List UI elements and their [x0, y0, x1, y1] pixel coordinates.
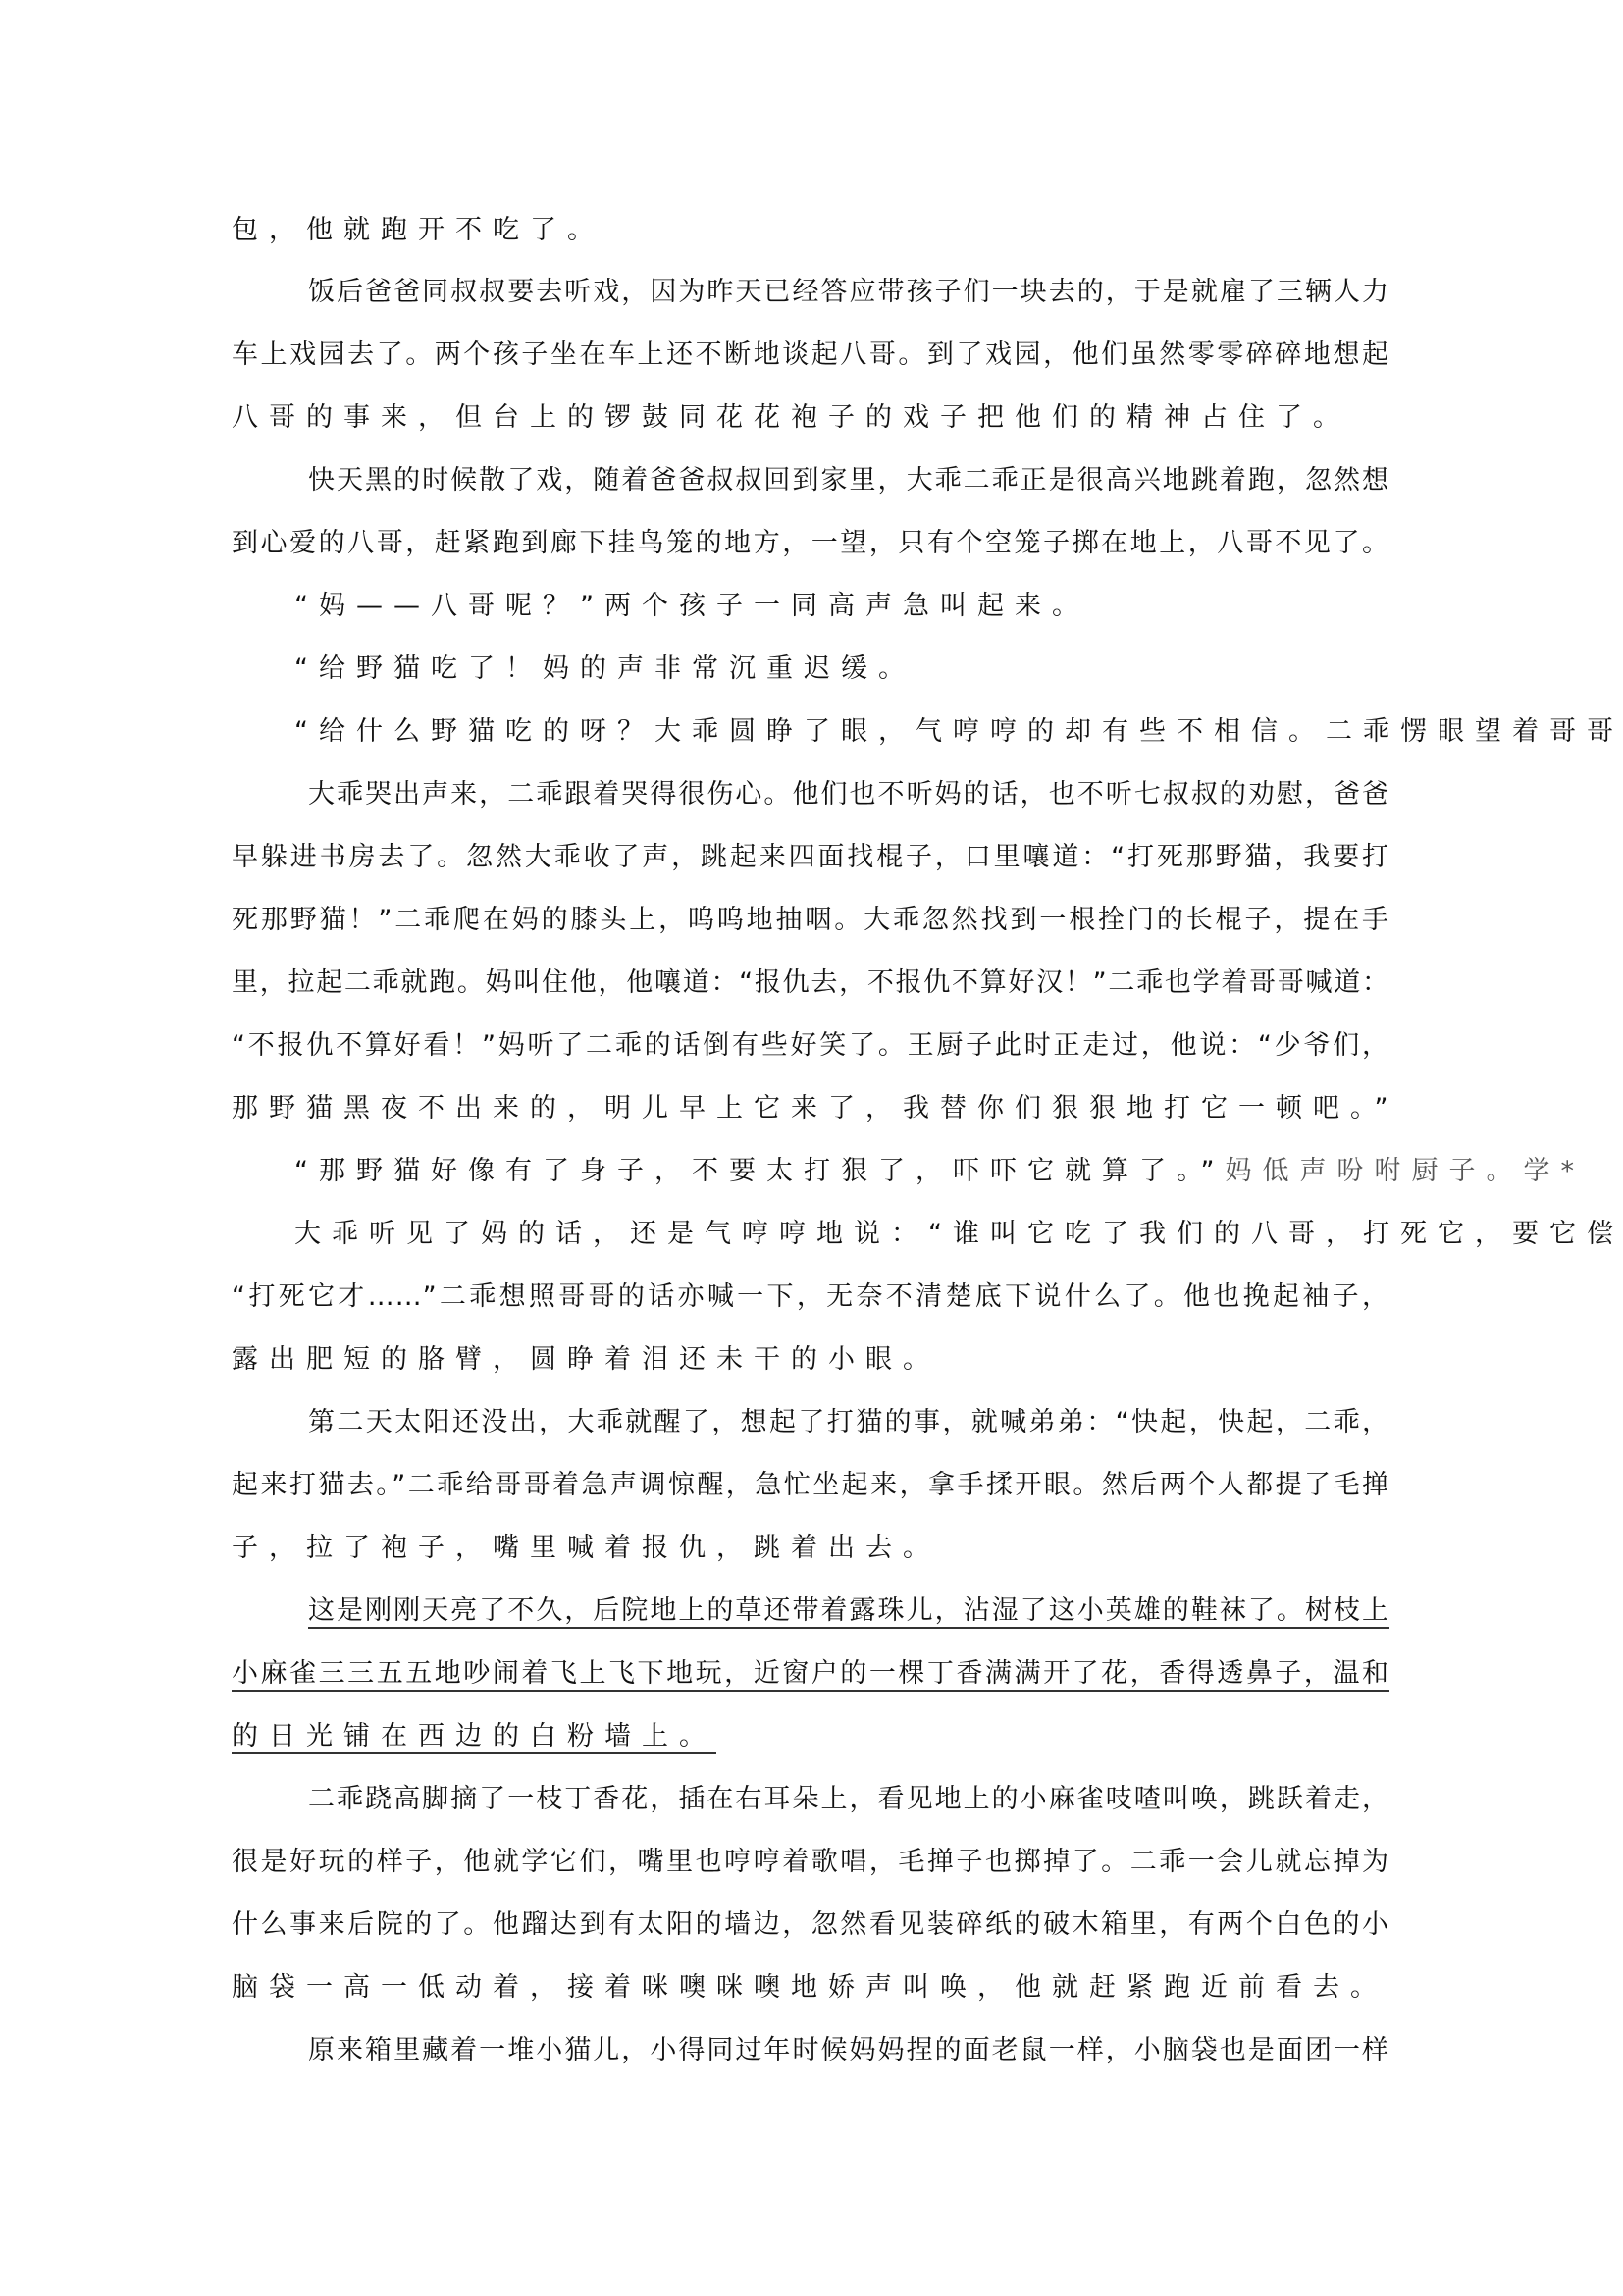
- underlined-text: 的日光铺在西边的白粉墙上。: [232, 1721, 716, 1751]
- text-line: “那野猫好像有了身子，不要太打狠了，吓吓它就算了。”妈低声吩咐厨子。学*: [294, 1152, 1389, 1191]
- line-text: 什么事来后院的了。他蹓达到有太阳的墙边，忽然看见装碎纸的破木箱里，有两个白色的小: [232, 1909, 1389, 1940]
- underlined-text: 小麻雀三三五五地吵闹着飞上飞下地玩，近窗户的一棵丁香满满开了花，香得透鼻子，温和: [232, 1658, 1389, 1689]
- text-line: 到心爱的八哥，赶紧跑到廊下挂鸟笼的地方，一望，只有个空笼子掷在地上，八哥不见了。: [232, 524, 1389, 563]
- text-line: 的日光铺在西边的白粉墙上。: [232, 1717, 1389, 1756]
- text-line: 快天黑的时候散了戏，随着爸爸叔叔回到家里，大乖二乖正是很高兴地跳着跑，忽然想: [308, 461, 1389, 500]
- text-line: 什么事来后院的了。他蹓达到有太阳的墙边，忽然看见装碎纸的破木箱里，有两个白色的小: [232, 1905, 1389, 1945]
- line-text: “妈——八哥呢？”两个孩子一同高声急叫起来。: [294, 591, 1089, 621]
- line-text: 二乖跷高脚摘了一枝丁香花，插在右耳朵上，看见地上的小麻雀吱喳叫唤，跳跃着走，: [308, 1784, 1389, 1814]
- line-text: 子，拉了袍子，嘴里喊着报仇，跳着出去。: [232, 1533, 940, 1563]
- text-line: 大乖听见了妈的话，还是气哼哼地说：“谁叫它吃了我们的八哥，打死它，要它偿命。”: [294, 1215, 1389, 1254]
- line-text: 八哥的事来，但台上的锣鼓同花花袍子的戏子把他们的精神占住了。: [232, 402, 1350, 433]
- text-line: “打死它才……”二乖想照哥哥的话亦喊一下，无奈不清楚底下说什么了。他也挽起袖子，: [232, 1278, 1389, 1317]
- text-line: 八哥的事来，但台上的锣鼓同花花袍子的戏子把他们的精神占住了。: [232, 398, 1389, 438]
- text-line: 包，他就跑开不吃了。: [232, 211, 1389, 250]
- text-line: 小麻雀三三五五地吵闹着飞上飞下地玩，近窗户的一棵丁香满满开了花，香得透鼻子，温和: [232, 1654, 1389, 1694]
- line-text: 露出肥短的胳臂，圆睁着泪还未干的小眼。: [232, 1344, 940, 1375]
- text-line: 饭后爸爸同叔叔要去听戏，因为昨天已经答应带孩子们一块去的，于是就雇了三辆人力: [308, 273, 1389, 312]
- text-line: 那野猫黑夜不出来的，明儿早上它来了，我替你们狠狠地打它一顿吧。”: [232, 1089, 1389, 1128]
- line-text: “给野猫吃了！妈的声非常沉重迟缓。: [294, 653, 916, 684]
- annotation-text: 妈低声吩咐厨子。学*: [1225, 1156, 1585, 1186]
- line-text: 大乖听见了妈的话，还是气哼哼地说：“谁叫它吃了我们的八哥，打死它，要它偿命。”: [294, 1219, 1623, 1249]
- line-text: 起来打猫去。”二乖给哥哥着急声调惊醒，急忙坐起来，拿手揉开眼。然后两个人都提了毛…: [232, 1470, 1389, 1500]
- document-page: 包，他就跑开不吃了。饭后爸爸同叔叔要去听戏，因为昨天已经答应带孩子们一块去的，于…: [0, 0, 1623, 2296]
- text-line: 早躲进书房去了。忽然大乖收了声，跳起来四面找棍子，口里嚷道：“打死那野猫，我要打: [232, 838, 1389, 877]
- text-line: 死那野猫！”二乖爬在妈的膝头上，呜呜地抽咽。大乖忽然找到一根拴门的长棍子，提在手: [232, 901, 1389, 940]
- line-text: 到心爱的八哥，赶紧跑到廊下挂鸟笼的地方，一望，只有个空笼子掷在地上，八哥不见了。: [232, 528, 1389, 558]
- line-text: 那野猫黑夜不出来的，明儿早上它来了，我替你们狠狠地打它一顿吧。”: [232, 1093, 1399, 1123]
- line-text: 原来箱里藏着一堆小猫儿，小得同过年时候妈妈捏的面老鼠一样，小脑袋也是面团一样: [308, 2035, 1389, 2065]
- text-line: 里，拉起二乖就跑。妈叫住他，他嚷道：“报仇去，不报仇不算好汉！”二乖也学着哥哥喊…: [232, 964, 1389, 1003]
- line-text: “不报仇不算好看！”妈听了二乖的话倒有些好笑了。王厨子此时正走过，他说：“少爷们…: [232, 1030, 1389, 1061]
- text-line: 原来箱里藏着一堆小猫儿，小得同过年时候妈妈捏的面老鼠一样，小脑袋也是面团一样: [308, 2031, 1389, 2070]
- line-text: 脑袋一高一低动着，接着咪噢咪噢地娇声叫唤，他就赶紧跑近前看去。: [232, 1972, 1387, 2003]
- text-line: “给野猫吃了！妈的声非常沉重迟缓。: [294, 650, 1389, 689]
- text-line: “给什么野猫吃的呀？大乖圆睁了眼，气哼哼的却有些不相信。二乖愣眼望着哥哥。: [294, 712, 1389, 752]
- text-line: 露出肥短的胳臂，圆睁着泪还未干的小眼。: [232, 1340, 1389, 1380]
- line-text: 死那野猫！”二乖爬在妈的膝头上，呜呜地抽咽。大乖忽然找到一根拴门的长棍子，提在手: [232, 905, 1389, 935]
- underlined-text: 这是刚刚天亮了不久，后院地上的草还带着露珠儿，沾湿了这小英雄的鞋袜了。树枝上: [308, 1595, 1389, 1626]
- text-line: 车上戏园去了。两个孩子坐在车上还不断地谈起八哥。到了戏园，他们虽然零零碎碎地想起: [232, 336, 1389, 375]
- line-text: 包，他就跑开不吃了。: [232, 215, 604, 245]
- text-line: 起来打猫去。”二乖给哥哥着急声调惊醒，急忙坐起来，拿手揉开眼。然后两个人都提了毛…: [232, 1466, 1389, 1505]
- line-text: “打死它才……”二乖想照哥哥的话亦喊一下，无奈不清楚底下说什么了。他也挽起袖子，: [232, 1281, 1389, 1312]
- text-line: 很是好玩的样子，他就学它们，嘴里也哼哼着歌唱，毛掸子也掷掉了。二乖一会儿就忘掉为: [232, 1843, 1389, 1882]
- text-line: 脑袋一高一低动着，接着咪噢咪噢地娇声叫唤，他就赶紧跑近前看去。: [232, 1968, 1389, 2008]
- line-text: 里，拉起二乖就跑。妈叫住他，他嚷道：“报仇去，不报仇不算好汉！”二乖也学着哥哥喊…: [232, 967, 1389, 998]
- text-line: 这是刚刚天亮了不久，后院地上的草还带着露珠儿，沾湿了这小英雄的鞋袜了。树枝上: [308, 1592, 1389, 1631]
- line-text: 很是好玩的样子，他就学它们，嘴里也哼哼着歌唱，毛掸子也掷掉了。二乖一会儿就忘掉为: [232, 1847, 1389, 1877]
- line-text: 大乖哭出声来，二乖跟着哭得很伤心。他们也不听妈的话，也不听七叔叔的劝慰，爸爸: [308, 779, 1389, 809]
- line-text: 早躲进书房去了。忽然大乖收了声，跳起来四面找棍子，口里嚷道：“打死那野猫，我要打: [232, 842, 1389, 872]
- line-text: 第二天太阳还没出，大乖就醒了，想起了打猫的事，就喊弟弟：“快起，快起，二乖，: [308, 1407, 1389, 1437]
- text-line: “妈——八哥呢？”两个孩子一同高声急叫起来。: [294, 587, 1389, 626]
- text-line: 大乖哭出声来，二乖跟着哭得很伤心。他们也不听妈的话，也不听七叔叔的劝慰，爸爸: [308, 775, 1389, 814]
- text-line: 子，拉了袍子，嘴里喊着报仇，跳着出去。: [232, 1529, 1389, 1568]
- text-line: 第二天太阳还没出，大乖就醒了，想起了打猫的事，就喊弟弟：“快起，快起，二乖，: [308, 1403, 1389, 1442]
- line-text: 车上戏园去了。两个孩子坐在车上还不断地谈起八哥。到了戏园，他们虽然零零碎碎地想起: [232, 339, 1389, 370]
- text-line: 二乖跷高脚摘了一枝丁香花，插在右耳朵上，看见地上的小麻雀吱喳叫唤，跳跃着走，: [308, 1780, 1389, 1819]
- line-text: 饭后爸爸同叔叔要去听戏，因为昨天已经答应带孩子们一块去的，于是就雇了三辆人力: [308, 277, 1389, 307]
- text-line: “不报仇不算好看！”妈听了二乖的话倒有些好笑了。王厨子此时正走过，他说：“少爷们…: [232, 1026, 1389, 1066]
- line-text: 快天黑的时候散了戏，随着爸爸叔叔回到家里，大乖二乖正是很高兴地跳着跑，忽然想: [308, 465, 1389, 496]
- line-text: “给什么野猫吃的呀？大乖圆睁了眼，气哼哼的却有些不相信。二乖愣眼望着哥哥。: [294, 716, 1623, 747]
- line-text: “那野猫好像有了身子，不要太打狠了，吓吓它就算了。”: [294, 1156, 1225, 1186]
